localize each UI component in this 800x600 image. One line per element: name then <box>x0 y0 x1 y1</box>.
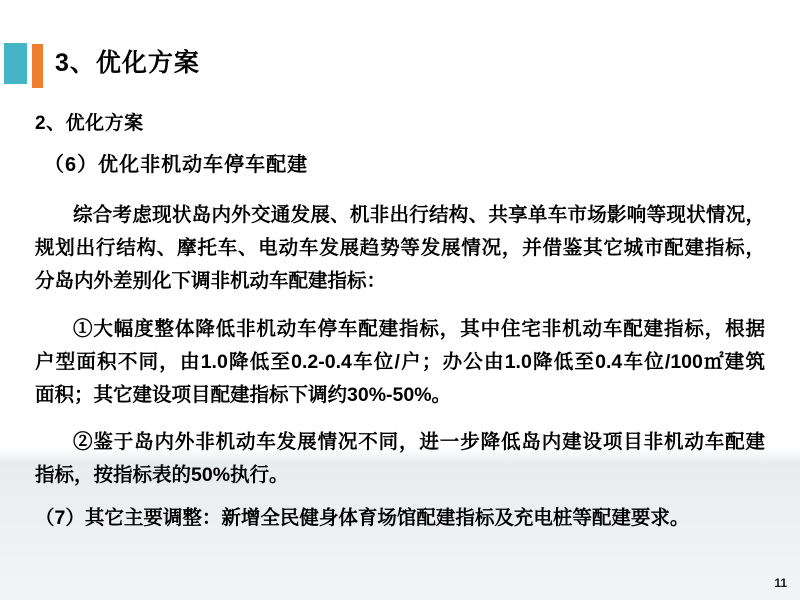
body-line: ②鉴于岛内外非机动车发展情况不同，进一步降低岛内建设项目非机动车配建 <box>35 426 765 459</box>
paragraph-item2: ②鉴于岛内外非机动车发展情况不同，进一步降低岛内建设项目非机动车配建 指标，按指… <box>35 426 765 492</box>
body-line: 户型面积不同，由1.0降低至0.2-0.4车位/户；办公由1.0降低至0.4车位… <box>35 346 765 379</box>
body-line: 指标，按指标表的50%执行。 <box>35 459 765 492</box>
body-line: （7）其它主要调整：新增全民健身体育场馆配建指标及充电桩等配建要求。 <box>35 502 765 535</box>
body-line: 综合考虑现状岛内外交通发展、机非出行结构、共享单车市场影响等现状情况， <box>35 199 765 232</box>
body-line: 规划出行结构、摩托车、电动车发展趋势等发展情况，并借鉴其它城市配建指标， <box>35 232 765 265</box>
title-accent-orange-block <box>32 44 43 88</box>
title-accent-teal-block <box>4 43 27 84</box>
paragraph-section7: （7）其它主要调整：新增全民健身体育场馆配建指标及充电桩等配建要求。 <box>35 502 765 535</box>
body-line: 分岛内外差别化下调非机动车配建指标： <box>35 265 765 298</box>
paragraph-overview: 综合考虑现状岛内外交通发展、机非出行结构、共享单车市场影响等现状情况， 规划出行… <box>35 199 765 298</box>
body-text: 综合考虑现状岛内外交通发展、机非出行结构、共享单车市场影响等现状情况， 规划出行… <box>35 199 765 535</box>
paragraph-item1: ①大幅度整体降低非机动车停车配建指标，其中住宅非机动车配建指标，根据 户型面积不… <box>35 313 765 412</box>
body-line: 面积；其它建设项目配建指标下调约30%-50%。 <box>35 379 765 412</box>
page-title: 3、优化方案 <box>55 49 200 77</box>
subtitle: 2、优化方案 <box>35 112 144 136</box>
section6-heading: （6）优化非机动车停车配建 <box>44 152 308 178</box>
body-line: ①大幅度整体降低非机动车停车配建指标，其中住宅非机动车配建指标，根据 <box>35 313 765 346</box>
page-number: 11 <box>774 576 787 590</box>
slide: 3、优化方案 2、优化方案 （6）优化非机动车停车配建 综合考虑现状岛内外交通发… <box>0 0 800 600</box>
